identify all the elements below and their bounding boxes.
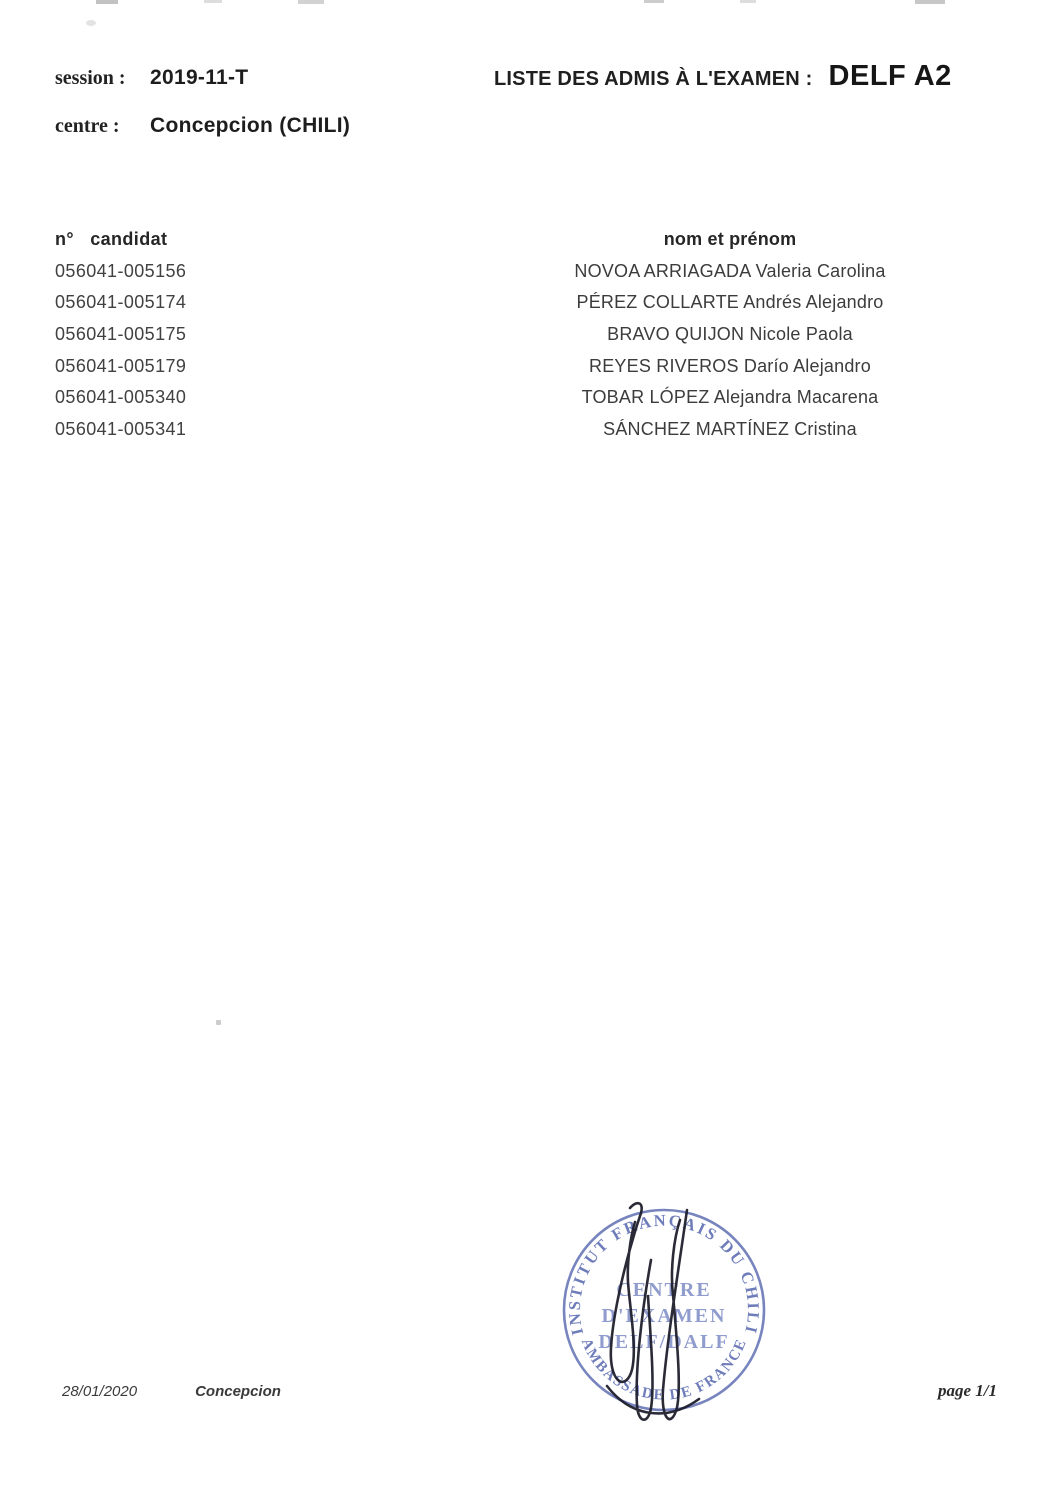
scan-artifact (96, 0, 118, 4)
official-stamp: INSTITUT FRANÇAIS DU CHILI AMBASSADE DE … (550, 1190, 780, 1450)
table-row: 056041-005174 PÉREZ COLLARTE Andrés Alej… (55, 287, 970, 319)
scan-artifact (204, 0, 222, 3)
exam-level: DELF A2 (829, 60, 952, 93)
candidate-number: 056041-005175 (55, 319, 490, 351)
document-page: session : 2019-11-T centre : Concepcion … (0, 0, 1059, 1497)
column-header-name: nom et prénom (490, 224, 970, 256)
print-place: Concepcion (195, 1383, 281, 1400)
stamp-center-line2: D'EXAMEN (602, 1305, 727, 1327)
session-value: 2019-11-T (150, 66, 248, 90)
stamp-center-line3: DELF/DALF (598, 1331, 729, 1353)
candidate-name: TOBAR LÓPEZ Alejandra Macarena (490, 382, 970, 414)
table-row: 056041-005179 REYES RIVEROS Darío Alejan… (55, 351, 970, 383)
candidate-name: NOVOA ARRIAGADA Valeria Carolina (490, 256, 970, 288)
candidate-name: PÉREZ COLLARTE Andrés Alejandro (490, 287, 970, 319)
list-title: LISTE DES ADMIS À L'EXAMEN : DELF A2 (494, 60, 952, 93)
scan-artifact (644, 0, 664, 3)
table-row: 056041-005341 SÁNCHEZ MARTÍNEZ Cristina (55, 414, 970, 446)
table-row: 056041-005340 TOBAR LÓPEZ Alejandra Maca… (55, 382, 970, 414)
session-label: session : (55, 67, 150, 90)
page-number: page 1/1 (938, 1381, 997, 1401)
admitted-candidates-table: n° candidat nom et prénom 056041-005156 … (55, 224, 970, 446)
candidate-name: BRAVO QUIJON Nicole Paola (490, 319, 970, 351)
centre-label: centre : (55, 115, 150, 138)
scan-artifact (216, 1020, 221, 1025)
print-date: 28/01/2020 (62, 1383, 137, 1400)
candidate-name: REYES RIVEROS Darío Alejandro (490, 351, 970, 383)
candidate-number: 056041-005156 (55, 256, 490, 288)
candidate-number: 056041-005179 (55, 351, 490, 383)
candidate-number: 056041-005174 (55, 287, 490, 319)
table-row: 056041-005175 BRAVO QUIJON Nicole Paola (55, 319, 970, 351)
scan-artifact (298, 0, 324, 4)
footer-left: 28/01/2020 Concepcion (62, 1383, 281, 1400)
table-header-row: n° candidat nom et prénom (55, 224, 970, 256)
column-header-candidate-number: n° candidat (55, 224, 490, 256)
scan-artifact (86, 20, 96, 26)
candidate-number: 056041-005340 (55, 382, 490, 414)
scan-artifact (740, 0, 756, 3)
table-row: 056041-005156 NOVOA ARRIAGADA Valeria Ca… (55, 256, 970, 288)
scan-artifact (915, 0, 945, 4)
centre-value: Concepcion (CHILI) (150, 114, 350, 138)
candidate-name: SÁNCHEZ MARTÍNEZ Cristina (490, 414, 970, 446)
candidate-number: 056041-005341 (55, 414, 490, 446)
list-title-label: LISTE DES ADMIS À L'EXAMEN : (494, 68, 813, 91)
session-row: session : 2019-11-T (55, 66, 248, 90)
centre-row: centre : Concepcion (CHILI) (55, 114, 350, 138)
